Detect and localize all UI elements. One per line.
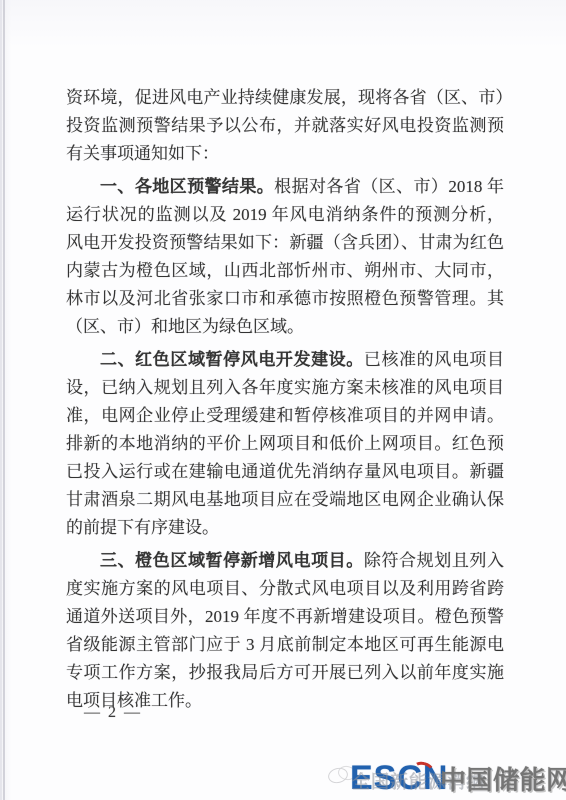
text-line: 资环境，促进风电产业持续健康发展，现将各省（区、市）风电开发 <box>66 84 504 112</box>
text-line: 准，电网企业停止受理缓建和暂停核准项目的并网申请。暂不安 <box>66 402 504 430</box>
page-number: — 2 — <box>84 704 142 722</box>
escn-watermark: ESCN 全国新能源消纳 中国储能网 <box>328 760 566 798</box>
text-line: 专项工作方案，抄报我局后方可开展已列入以前年度实施方案风 <box>66 659 504 687</box>
site-name-text: 中国储能网 <box>440 764 566 796</box>
text-line: 甘肃酒泉二期风电基地项目应在受端地区电网企业确认保障消纳 <box>66 486 504 514</box>
paragraph-lead: 二、红色区域暂停风电开发建设。 <box>100 350 364 369</box>
text-line: 已投入运行或在建输电通道优先消纳存量风电项目。新疆准东、 <box>66 458 504 486</box>
document-page: 资环境，促进风电产业持续健康发展，现将各省（区、市）风电开发投资监测预警结果予以… <box>0 0 566 800</box>
text-line: 三、橙色区域暂停新增风电项目。除符合规划且列入以前年 <box>66 547 504 575</box>
paragraph: 二、红色区域暂停风电开发建设。已核准的风电项目暂缓建设，已纳入规划且列入各年度实… <box>66 346 504 542</box>
text-line: 投资监测预警结果予以公布，并就落实好风电投资监测预警机制 <box>66 112 504 140</box>
text-line: 度实施方案的风电项目、分散式风电项目以及利用跨省跨区输电 <box>66 575 504 603</box>
text-line: 林市以及河北省张家口市和承德市按照橙色预警管理。其他省 <box>66 285 504 313</box>
paragraph-lead: 一、各地区预警结果。 <box>100 177 274 196</box>
text-line: 有关事项通知如下： <box>66 140 504 168</box>
text-line: 通道外送项目外，2019 年度不再新增建设项目。橙色预警地区的 <box>66 603 504 631</box>
text-line: 二、红色区域暂停风电开发建设。已核准的风电项目暂缓建 <box>66 346 504 374</box>
text-line: 内蒙古为橙色区域，山西北部忻州市、朔州市、大同市，陕西北部榆 <box>66 257 504 285</box>
text-line: 的前提下有序建设。 <box>66 514 504 542</box>
paragraph: 资环境，促进风电产业持续健康发展，现将各省（区、市）风电开发投资监测预警结果予以… <box>66 84 504 168</box>
text-line: 一、各地区预警结果。根据对各省（区、市）2018 年风电并网 <box>66 173 504 201</box>
text-line: 风电开发投资预警结果如下：新疆（含兵团）、甘肃为红色区域。 <box>66 229 504 257</box>
text-line: 设，已纳入规划且列入各年度实施方案未核准的风电项目暂停核 <box>66 374 504 402</box>
text-line: 运行状况的监测以及 2019 年风电消纳条件的预测分析，2019 年度 <box>66 201 504 229</box>
paragraph-lead: 三、橙色区域暂停新增风电项目。 <box>100 551 364 570</box>
document-body: 资环境，促进风电产业持续健康发展，现将各省（区、市）风电开发投资监测预警结果予以… <box>66 84 504 720</box>
scan-edge-line <box>3 0 5 800</box>
text-line: （区、市）和地区为绿色区域。 <box>66 313 504 341</box>
paragraph: 一、各地区预警结果。根据对各省（区、市）2018 年风电并网运行状况的监测以及 … <box>66 173 504 341</box>
paragraph: 三、橙色区域暂停新增风电项目。除符合规划且列入以前年度实施方案的风电项目、分散式… <box>66 547 504 715</box>
text-line: 省级能源主管部门应于 3 月底前制定本地区可再生能源电力消纳 <box>66 631 504 659</box>
scan-edge-shadow <box>0 0 2 800</box>
text-line: 排新的本地消纳的平价上网项目和低价上网项目。红色预警区域 <box>66 430 504 458</box>
